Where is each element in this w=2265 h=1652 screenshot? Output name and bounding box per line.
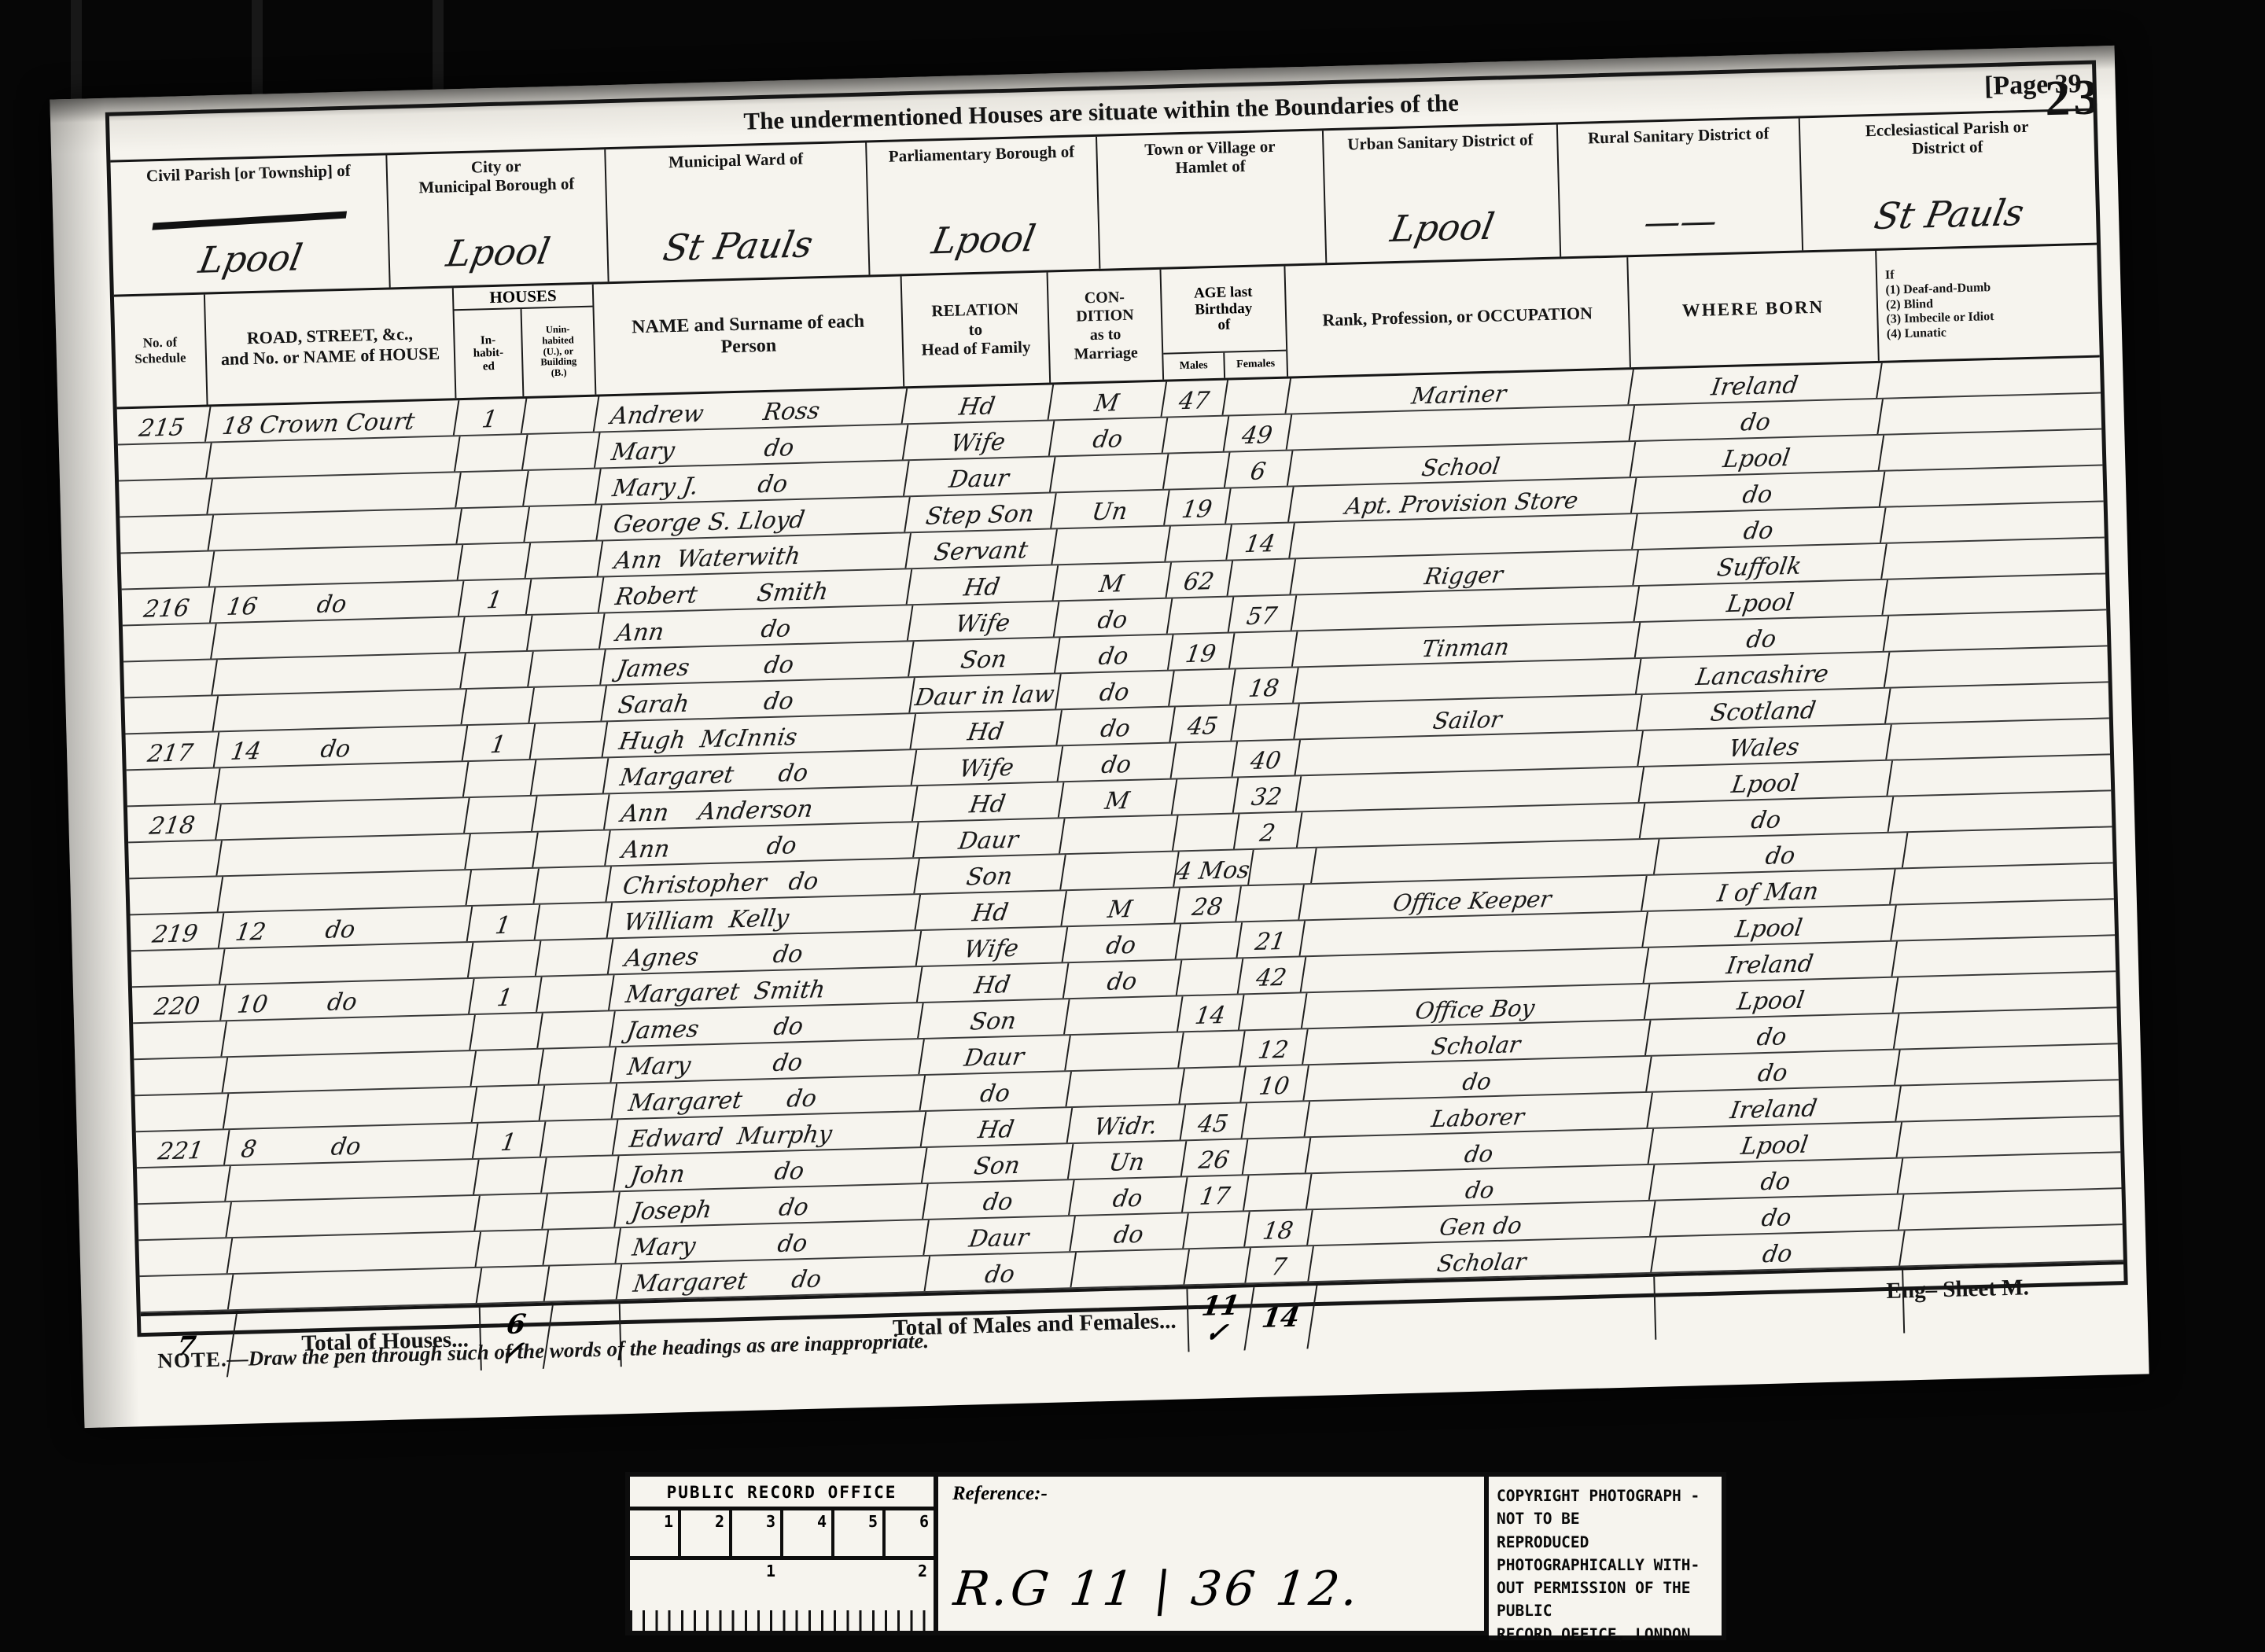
cell-condition: Widr. <box>1068 1105 1187 1142</box>
cell-schedule: 218 <box>125 804 222 841</box>
cell-age_f <box>1223 378 1291 414</box>
cell-name: Andrew Ross <box>595 388 908 431</box>
cell-age_m: 19 <box>1169 633 1236 669</box>
cell-uninhabited <box>532 758 610 795</box>
cell-schedule <box>120 624 217 660</box>
cell-uninhabited <box>523 432 601 469</box>
cell-condition: do <box>1056 671 1175 708</box>
cell-inhabited: 1 <box>459 579 532 616</box>
cell-inhabited <box>461 652 534 688</box>
cell-age_f: 49 <box>1225 414 1293 451</box>
cell-name: George S. Lloyd <box>597 497 910 539</box>
cell-condition <box>1061 852 1180 889</box>
ruler-cm-number: 1 <box>630 1510 681 1556</box>
cell-age_m <box>1163 417 1230 453</box>
header-relation: RELATION to Head of Family <box>902 273 1051 387</box>
cell-born: do <box>1650 1158 1903 1199</box>
cell-born: Lpool <box>1645 978 1899 1019</box>
header-houses-group: HOUSES In- habit- ed Unin- habited (U.),… <box>454 285 597 399</box>
cell-age_f: 21 <box>1238 921 1306 957</box>
cell-born: Ireland <box>1629 363 1882 404</box>
cell-uninhabited <box>528 649 606 686</box>
cell-schedule <box>124 768 221 805</box>
note-prefix: NOTE. <box>157 1347 227 1372</box>
district-label: Ecclesiastical Parish or District of <box>1800 116 2094 161</box>
header-houses: HOUSES <box>454 285 593 311</box>
cell-relation: Daur <box>919 1036 1071 1074</box>
header-name: NAME and Surname of each Person <box>594 276 905 394</box>
cell-relation: Hd <box>918 963 1070 1002</box>
cell-name: Ann Waterwith <box>598 533 912 576</box>
cell-uninhabited <box>532 794 610 831</box>
cell-condition: M <box>1054 563 1173 601</box>
cell-road <box>216 798 470 839</box>
cell-name: Joseph do <box>615 1184 928 1227</box>
sheet-label: Eng– Sheet M. <box>1886 1275 2029 1304</box>
cell-road <box>208 473 461 513</box>
cell-born: do <box>1651 1194 1904 1235</box>
cell-infirmity <box>1877 357 2103 398</box>
cell-age_m <box>1172 741 1239 778</box>
cell-uninhabited <box>539 1047 617 1084</box>
cell-uninhabited <box>531 722 609 759</box>
cell-uninhabited <box>524 469 602 506</box>
cell-infirmity <box>1891 863 2116 904</box>
cell-schedule <box>131 1021 227 1058</box>
cell-born: Lpool <box>1631 436 1884 476</box>
cell-condition <box>1060 815 1179 853</box>
cell-schedule <box>123 696 219 733</box>
cell-road <box>222 1015 475 1056</box>
header-condition: CON- DITION as to Marriage <box>1048 270 1165 383</box>
cell-schedule <box>132 1058 229 1095</box>
cell-relation: Son <box>915 855 1066 893</box>
ruler-inches: 12 <box>630 1560 934 1631</box>
cell-born: Lpool <box>1635 580 1888 621</box>
cell-inhabited <box>469 941 542 977</box>
header-females: Females <box>1225 351 1287 378</box>
cell-inhabited <box>455 435 528 471</box>
cell-road: 12 do <box>219 907 473 947</box>
cell-inhabited <box>470 1014 543 1050</box>
cell-schedule <box>121 660 218 697</box>
cell-age_m <box>1166 524 1232 561</box>
cell-schedule: 220 <box>130 985 226 1022</box>
cell-condition: do <box>1064 960 1183 998</box>
cell-infirmity <box>1885 646 2111 687</box>
cell-name: Christopher do <box>606 859 919 901</box>
cell-road <box>212 653 466 694</box>
cell-infirmity <box>1880 465 2106 506</box>
district-value-handwritten: Lpool <box>386 228 611 277</box>
cell-uninhabited <box>542 1156 620 1193</box>
cell-relation: Son <box>919 999 1070 1038</box>
cell-road: 14 do <box>215 726 468 767</box>
district-box-6: Rural Sanitary District of—— <box>1558 118 1803 256</box>
totals-born-empty <box>1655 1270 1905 1339</box>
table-body: 21518 Crown Court1Andrew RossHdM47Marine… <box>117 358 2123 1314</box>
cell-road: 16 do <box>211 581 464 622</box>
cell-relation: Daur <box>924 1216 1076 1255</box>
district-box-0: Civil Parish [or Township] ofLpool <box>110 155 390 294</box>
cell-condition: M <box>1049 382 1168 420</box>
cell-infirmity <box>1891 900 2117 940</box>
cell-name: Ann Anderson <box>605 786 918 829</box>
district-value-handwritten: St Pauls <box>605 221 872 270</box>
cell-inhabited <box>462 688 535 724</box>
cell-condition: do <box>1059 743 1177 781</box>
cell-infirmity <box>1889 791 2115 832</box>
district-value-handwritten: —— <box>1556 197 1805 245</box>
cell-age_m <box>1179 1031 1246 1067</box>
cell-road <box>226 1160 479 1201</box>
cell-inhabited <box>474 1158 547 1194</box>
cell-infirmity <box>1886 683 2112 723</box>
cell-inhabited <box>456 471 529 507</box>
cell-born: do <box>1636 616 1889 657</box>
cell-age_m: 45 <box>1170 705 1237 741</box>
header-road: ROAD, STREET, &c., and No. or NAME of HO… <box>205 288 457 404</box>
ruler-cm-number: 5 <box>834 1510 886 1556</box>
cell-infirmity <box>1883 574 2108 615</box>
cell-relation: do <box>923 1180 1075 1219</box>
header-age-group: AGE last Birthday of Males Females <box>1161 267 1288 380</box>
cell-relation: Wife <box>904 421 1055 459</box>
cell-schedule <box>133 1094 230 1131</box>
cell-age_f <box>1249 848 1317 885</box>
cell-uninhabited <box>525 505 602 542</box>
cell-relation: Hd <box>908 565 1059 604</box>
cell-inhabited <box>465 797 538 833</box>
cell-infirmity <box>1895 1008 2120 1049</box>
cell-name: William Kelly <box>608 895 921 937</box>
cell-age_f: 10 <box>1241 1065 1309 1102</box>
district-label: Rural Sanitary District of <box>1558 123 1799 148</box>
cell-relation: do <box>926 1253 1077 1291</box>
cell-uninhabited <box>528 613 606 650</box>
cell-infirmity <box>1881 502 2107 543</box>
cell-age_f: 40 <box>1233 740 1302 776</box>
cell-age_f: 2 <box>1235 812 1303 848</box>
cell-name: Ann do <box>606 822 919 865</box>
cell-inhabited <box>475 1194 548 1231</box>
cell-age_f <box>1243 1102 1311 1138</box>
district-label: Urban Sanitary District of <box>1324 130 1557 155</box>
cell-schedule: 215 <box>115 407 212 443</box>
cell-schedule: 219 <box>128 913 225 950</box>
cell-uninhabited <box>536 903 613 940</box>
cell-relation: Wife <box>912 746 1064 785</box>
cell-relation: do <box>920 1072 1072 1110</box>
reference-value: R.G 11 | 36 12. <box>951 1562 1363 1617</box>
cell-born: Lpool <box>1649 1122 1902 1163</box>
cell-infirmity <box>1880 429 2105 470</box>
cell-age_m <box>1184 1248 1251 1284</box>
cell-inhabited <box>460 616 533 652</box>
copyright-text: COPYRIGHT PHOTOGRAPH - NOT TO BE REPRODU… <box>1497 1485 1714 1646</box>
cell-road <box>229 1268 482 1309</box>
cell-condition: do <box>1055 598 1173 636</box>
cell-schedule <box>135 1202 232 1239</box>
cell-infirmity <box>1882 538 2108 579</box>
cell-name: Mary do <box>611 1039 924 1082</box>
cell-relation: Son <box>923 1144 1074 1183</box>
cell-relation: Hd <box>922 1108 1074 1146</box>
cell-inhabited <box>476 1231 549 1267</box>
cell-born: do <box>1647 1050 1900 1091</box>
cell-infirmity <box>1895 1044 2121 1085</box>
cell-age_f <box>1230 631 1298 668</box>
cell-condition: do <box>1055 635 1174 672</box>
cell-infirmity <box>1887 719 2112 760</box>
cell-inhabited <box>466 833 539 869</box>
cell-age_f <box>1239 993 1308 1029</box>
cell-relation: Son <box>909 638 1061 676</box>
cell-born: Ireland <box>1644 942 1898 983</box>
cell-born: Lpool <box>1640 761 1893 802</box>
cell-schedule: 221 <box>134 1130 230 1167</box>
cell-road: 8 do <box>225 1124 478 1164</box>
header-infirmity: If (1) Deaf-and-Dumb (2) Blind (3) Imbec… <box>1876 245 2100 361</box>
cell-road <box>220 943 473 984</box>
cell-infirmity <box>1878 393 2104 434</box>
district-value-handwritten: St Pauls <box>1799 189 2100 239</box>
cell-born: do <box>1630 399 1883 440</box>
cell-condition: Un <box>1069 1141 1188 1179</box>
cell-condition <box>1052 527 1171 565</box>
cell-uninhabited <box>533 830 611 867</box>
cell-road <box>223 1051 477 1092</box>
cell-inhabited: 1 <box>455 399 528 435</box>
cell-inhabited: 1 <box>473 1122 547 1158</box>
cell-uninhabited <box>538 1011 616 1048</box>
cell-schedule <box>138 1275 234 1312</box>
ruler-ticks <box>630 1610 934 1631</box>
ruler-cm-number: 6 <box>886 1510 934 1556</box>
cell-relation: Step Son <box>905 493 1057 532</box>
district-label: Municipal Ward of <box>606 148 866 174</box>
cell-relation: Daur <box>914 819 1066 857</box>
district-value-handwritten: Lpool <box>109 234 392 283</box>
ruler-centimetres: 123456 <box>630 1510 934 1560</box>
totals-males: 11 ✓ <box>1184 1287 1254 1352</box>
cell-age_m: 17 <box>1183 1176 1250 1212</box>
cell-road: 10 do <box>221 979 474 1020</box>
cell-infirmity <box>1903 827 2116 867</box>
cell-age_m <box>1173 814 1240 850</box>
cell-age_f <box>1226 487 1295 523</box>
cell-condition: M <box>1059 779 1178 817</box>
cell-age_f: 18 <box>1245 1210 1313 1246</box>
cell-condition <box>1071 1249 1190 1287</box>
district-box-3: Parliamentary Borough ofLpool <box>867 137 1100 275</box>
census-photograph: 23 The undermentioned Houses are situate… <box>0 0 2265 1652</box>
cell-condition: do <box>1050 418 1169 456</box>
header-age: AGE last Birthday of <box>1161 267 1286 355</box>
cell-relation: Wife <box>908 602 1060 640</box>
ruler-cm-number: 2 <box>681 1510 732 1556</box>
cell-schedule <box>137 1238 234 1275</box>
ruler-cm-number: 3 <box>732 1510 783 1556</box>
district-box-1: City or Municipal Borough ofLpool <box>387 149 609 287</box>
cell-schedule <box>116 443 212 480</box>
district-label: Civil Parish [or Township] of <box>111 160 387 186</box>
cell-age_m: 45 <box>1181 1103 1248 1139</box>
cell-relation: Daur in law <box>910 674 1062 712</box>
cell-name: Margaret Smith <box>610 967 923 1010</box>
cell-road <box>226 1196 480 1237</box>
cell-relation: Hd <box>911 710 1063 749</box>
cell-relation: Wife <box>917 927 1069 966</box>
cell-road <box>210 545 463 586</box>
cell-name: Hugh McInnis <box>603 714 916 756</box>
totals-females: 14 <box>1245 1286 1317 1350</box>
totals-occupation-empty <box>1312 1277 1656 1348</box>
cell-road: 18 Crown Court <box>206 400 459 441</box>
public-record-office-stamp: PUBLIC RECORD OFFICE 123456 12 Reference… <box>625 1472 1726 1640</box>
cell-schedule <box>126 841 223 878</box>
cell-condition: Un <box>1051 491 1170 528</box>
cell-born: do <box>1641 797 1894 838</box>
cell-age_f <box>1244 1174 1313 1210</box>
cell-condition <box>1066 1032 1184 1070</box>
cell-inhabited <box>464 760 537 797</box>
cell-born: Lancashire <box>1637 653 1890 694</box>
cell-born: do <box>1652 1231 1905 1271</box>
cell-name: John do <box>614 1148 927 1190</box>
cell-born: Ireland <box>1648 1086 1901 1127</box>
cell-inhabited: 1 <box>463 724 536 760</box>
cell-name: Sarah do <box>602 678 915 720</box>
cell-schedule <box>118 515 215 552</box>
cell-age_m <box>1173 778 1239 814</box>
cell-condition: do <box>1070 1177 1188 1215</box>
cell-uninhabited <box>529 686 607 723</box>
header-schedule: No. of Schedule <box>114 295 208 407</box>
ruler-inch-number: 1 <box>630 1562 782 1580</box>
pro-ruler-box: PUBLIC RECORD OFFICE 123456 12 <box>625 1472 938 1635</box>
cell-inhabited <box>466 869 540 905</box>
cell-age_f: 32 <box>1234 776 1302 812</box>
header-occupation: Rank, Profession, or OCCUPATION <box>1285 257 1631 376</box>
cell-inhabited: 1 <box>470 977 543 1014</box>
cell-name: Margaret do <box>613 1076 926 1118</box>
cell-name: Margaret do <box>617 1256 930 1299</box>
cell-inhabited <box>473 1086 546 1122</box>
cell-road <box>214 690 467 730</box>
cell-infirmity <box>1899 1153 2124 1194</box>
cell-age_f: 18 <box>1231 668 1299 704</box>
cell-uninhabited <box>536 939 614 976</box>
cell-age_f: 12 <box>1240 1029 1309 1065</box>
cell-age_m <box>1180 1067 1247 1103</box>
header-where-born: WHERE BORN <box>1628 251 1880 367</box>
cell-schedule <box>134 1166 231 1203</box>
cell-born: do <box>1655 833 1908 874</box>
district-label: Parliamentary Borough of <box>867 142 1096 167</box>
cell-relation: Hd <box>915 891 1067 929</box>
cell-born: Scotland <box>1637 689 1891 730</box>
cell-inhabited: 1 <box>468 905 541 941</box>
cell-schedule <box>116 479 213 516</box>
cell-age_f <box>1243 1138 1312 1174</box>
cell-age_m <box>1184 1212 1250 1248</box>
cell-condition: M <box>1062 888 1180 925</box>
cell-infirmity <box>1897 1117 2123 1157</box>
cell-born: I of Man <box>1642 870 1895 911</box>
census-page: 23 The undermentioned Houses are situate… <box>50 46 2149 1428</box>
district-value-handwritten <box>1100 252 1325 257</box>
cell-schedule <box>119 551 215 588</box>
cell-name: Robert Smith <box>599 569 912 612</box>
census-form: The undermentioned Houses are situate wi… <box>105 61 2128 1337</box>
cell-age_m: 47 <box>1162 381 1228 417</box>
cell-relation: Hd <box>903 384 1055 423</box>
cell-age_m <box>1164 453 1231 489</box>
ruler-cm-number: 4 <box>783 1510 834 1556</box>
header-uninhabited: Unin- habited (U.), or Building (B.) <box>522 307 595 396</box>
cell-born: do <box>1633 508 1886 549</box>
cell-age_f: 14 <box>1227 523 1295 559</box>
header-males: Males <box>1163 353 1225 380</box>
cell-age_m <box>1177 958 1244 995</box>
district-box-7: Ecclesiastical Parish or District ofSt P… <box>1800 111 2097 251</box>
cell-age_m <box>1169 669 1236 705</box>
cell-infirmity <box>1899 1189 2125 1230</box>
cell-age_f <box>1228 559 1296 595</box>
cell-road <box>209 509 462 550</box>
cell-relation: Daur <box>904 457 1056 495</box>
cell-name: Mary J. do <box>596 461 909 503</box>
cell-age_f: 57 <box>1229 595 1298 631</box>
cell-condition <box>1051 454 1169 492</box>
cell-name: Mary do <box>595 425 908 467</box>
cell-infirmity <box>1887 755 2113 796</box>
cell-road <box>217 834 470 875</box>
cell-uninhabited <box>543 1228 621 1265</box>
cell-condition: do <box>1070 1213 1189 1251</box>
cell-name: Ann do <box>600 605 913 648</box>
cell-age_m <box>1168 597 1235 633</box>
cell-name: Margaret do <box>604 750 917 793</box>
cell-road <box>224 1087 477 1128</box>
cell-age_f: 7 <box>1246 1246 1314 1282</box>
pro-title: PUBLIC RECORD OFFICE <box>630 1477 934 1510</box>
cell-born: Suffolk <box>1633 544 1887 585</box>
cell-relation: Hd <box>913 782 1065 821</box>
district-value-handwritten: Lpool <box>1322 203 1563 252</box>
cell-born: do <box>1632 472 1885 513</box>
cell-road <box>212 617 465 658</box>
cell-schedule: 217 <box>123 732 220 769</box>
cell-inhabited <box>459 543 532 579</box>
cell-condition: do <box>1057 707 1176 745</box>
cell-name: James do <box>610 1003 923 1046</box>
cell-uninhabited <box>545 1264 623 1301</box>
cell-uninhabited <box>527 577 605 614</box>
cell-age_m <box>1177 922 1243 958</box>
cell-age_f: 42 <box>1239 957 1307 993</box>
cell-age_m: 28 <box>1175 886 1242 922</box>
cell-uninhabited <box>540 1084 618 1120</box>
cell-born: do <box>1646 1014 1899 1054</box>
cell-infirmity <box>1884 610 2110 651</box>
cell-age_m: 4 Mos <box>1174 850 1254 887</box>
cell-condition <box>1065 996 1184 1034</box>
cell-age_m: 26 <box>1182 1139 1249 1176</box>
cell-age_f: 6 <box>1225 451 1294 487</box>
cell-name: James do <box>601 642 914 684</box>
